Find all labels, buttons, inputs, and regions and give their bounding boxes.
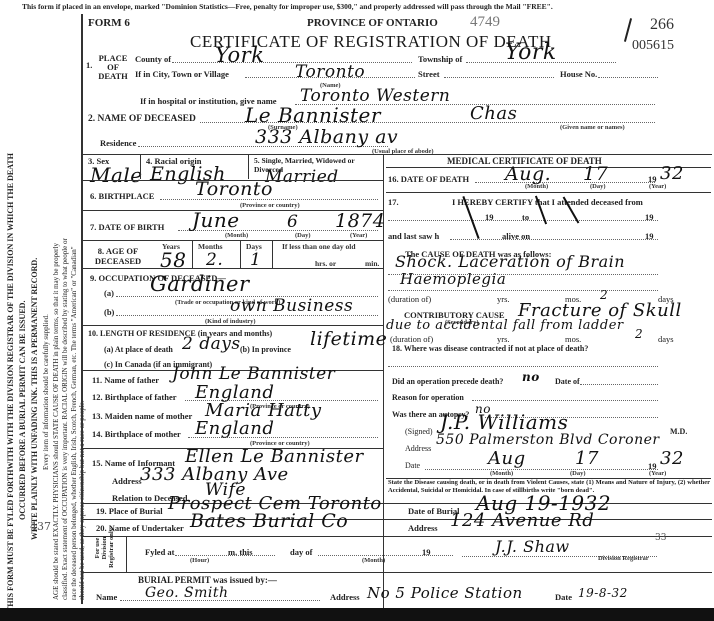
residence-value[interactable]: 333 Albany av bbox=[255, 126, 398, 148]
side-instruction-1: THIS FORM MUST BE FYLED FORTHWITH WITH T… bbox=[6, 153, 15, 612]
cert-date-day[interactable]: 17 bbox=[575, 448, 599, 469]
city-label: If in City, Town or Village bbox=[135, 69, 229, 79]
contributory-line-2[interactable]: due to accidental fall from ladder bbox=[386, 318, 624, 333]
side-instruction-2: OCCURRED BEFORE A BURIAL PERMIT CAN BE I… bbox=[18, 301, 27, 520]
dod-day[interactable]: 17 bbox=[583, 163, 608, 185]
scan-bottom-edge bbox=[0, 608, 714, 621]
check-mark-icon bbox=[624, 18, 632, 42]
side-instruction-5: AGE should be stated EXACTLY. PHYSICIANS… bbox=[52, 243, 60, 600]
occupation-value[interactable]: Gardiner bbox=[150, 272, 249, 296]
county-value[interactable]: York bbox=[215, 43, 264, 67]
form-number: FORM 6 bbox=[88, 17, 130, 29]
county-label: County of bbox=[135, 54, 171, 64]
registrar-signature[interactable]: J.J. Shaw bbox=[495, 537, 570, 556]
cause-line-1[interactable]: Shock. Laceration of Brain bbox=[395, 252, 625, 271]
undertaker-address-value[interactable]: 124 Avenue Rd bbox=[450, 510, 594, 531]
reg-number-top: 266 bbox=[650, 16, 674, 34]
marital-value[interactable]: Married bbox=[265, 167, 339, 187]
residence-label: Residence bbox=[100, 138, 136, 148]
deceased-given[interactable]: Chas bbox=[470, 103, 517, 124]
side-instruction-7: race the deceased person belonged, wheth… bbox=[70, 246, 78, 600]
house-label: House No. bbox=[560, 69, 597, 79]
top-notice: This form if placed in an envelope, mark… bbox=[22, 2, 553, 11]
left-border bbox=[81, 14, 83, 604]
father-value[interactable]: John Le Bannister bbox=[172, 364, 335, 384]
township-label: Township of bbox=[418, 54, 462, 64]
age-days[interactable]: 1 bbox=[250, 250, 261, 270]
mother-birthplace-value[interactable]: England bbox=[195, 418, 274, 439]
burial-permit-header: BURIAL PERMIT was issued by:— bbox=[138, 575, 277, 585]
industry-value[interactable]: own Business bbox=[230, 296, 353, 316]
street-label: Street bbox=[418, 69, 440, 79]
reg-number-bottom: 005615 bbox=[632, 38, 674, 54]
dod-month[interactable]: Aug. bbox=[505, 163, 551, 185]
deceased-surname[interactable]: Le Bannister bbox=[245, 103, 381, 127]
place-label: PLACE OF DEATH bbox=[98, 54, 128, 81]
province: PROVINCE OF ONTARIO bbox=[307, 17, 438, 29]
city-value[interactable]: Toronto bbox=[295, 62, 365, 82]
stamp-number: 4749 bbox=[470, 14, 500, 31]
physician-address[interactable]: 550 Palmerston Blvd Coroner bbox=[436, 432, 660, 448]
side-instruction-3: WRITE PLAINLY WITH UNFADING INK. THIS IS… bbox=[30, 258, 39, 540]
birthplace-value[interactable]: Toronto bbox=[195, 178, 273, 200]
cert-date-month[interactable]: Aug bbox=[488, 448, 526, 469]
dob-month[interactable]: June bbox=[192, 208, 240, 232]
sex-value[interactable]: Male bbox=[90, 163, 143, 187]
dob-year[interactable]: 1874 bbox=[335, 210, 385, 232]
cert-date-year[interactable]: 32 bbox=[660, 448, 684, 469]
permit-issuer-name[interactable]: Geo. Smith bbox=[145, 585, 229, 601]
undertaker-value[interactable]: Bates Burial Co bbox=[190, 510, 348, 532]
dod-year[interactable]: 32 bbox=[660, 163, 684, 184]
place-num: 1. bbox=[86, 60, 92, 70]
township-value[interactable]: York bbox=[505, 40, 557, 65]
cause-line-2[interactable]: Haemoplegia bbox=[400, 270, 506, 288]
operation-value[interactable]: no bbox=[522, 370, 540, 384]
age-months[interactable]: 2. bbox=[206, 250, 223, 270]
residence-province-value[interactable]: lifetime bbox=[310, 328, 387, 350]
permit-address[interactable]: No 5 Police Station bbox=[367, 584, 523, 602]
certify-text: I HEREBY CERTIFY that I attended decease… bbox=[452, 197, 643, 207]
physician-signature[interactable]: J.P. Williams bbox=[440, 410, 568, 434]
margin-number: 437 bbox=[30, 520, 51, 533]
side-instruction-6: classified. Exact statement of OCCUPATIO… bbox=[61, 238, 69, 600]
side-instruction-4: Every item of information should be care… bbox=[42, 314, 50, 470]
registrar-side-label: For use Division Registrar only bbox=[94, 528, 115, 568]
residence-place-value[interactable]: 2 days bbox=[182, 334, 241, 354]
deceased-label: 2. NAME OF DECEASED bbox=[88, 114, 196, 124]
dob-day[interactable]: 6 bbox=[287, 212, 298, 232]
permit-date[interactable]: 19-8-32 bbox=[578, 586, 628, 600]
